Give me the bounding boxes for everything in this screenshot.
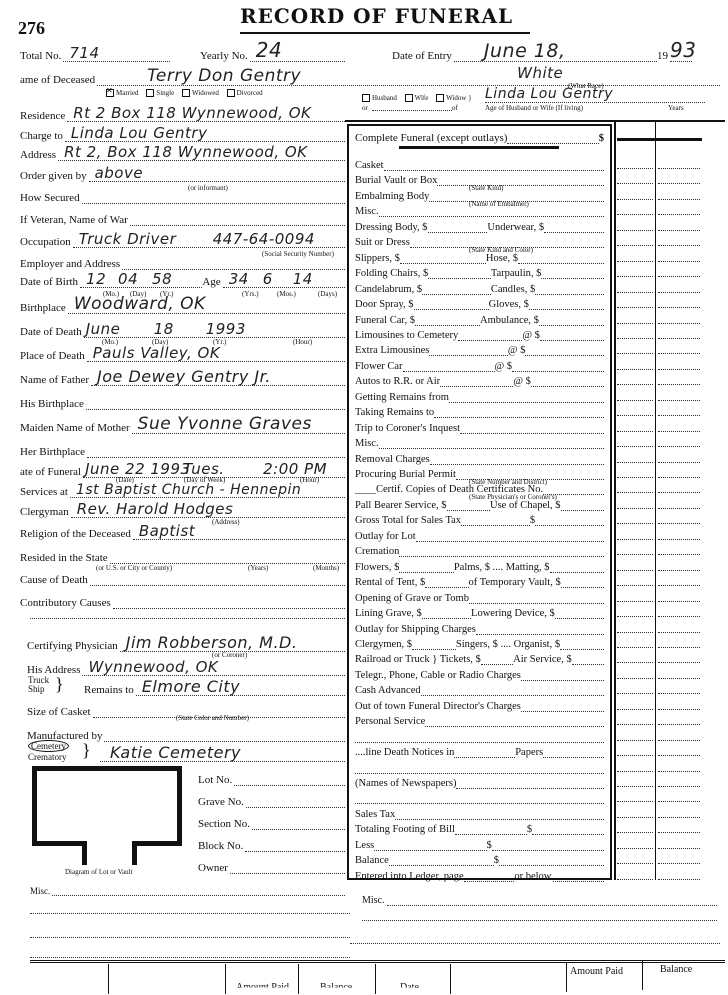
footer-divider xyxy=(642,960,643,990)
footer-divider xyxy=(225,964,226,994)
occupation-field[interactable]: Occupation Truck Driver 447-64-0094 xyxy=(20,232,345,248)
amount-cents-line[interactable] xyxy=(658,323,700,324)
charge-item-row[interactable]: Limousines to Cemetery@ $ xyxy=(355,328,604,341)
amount-dollars-line[interactable] xyxy=(617,740,653,741)
page-title: RECORD OF FUNERAL xyxy=(240,4,513,28)
amount-cents-line[interactable] xyxy=(658,616,700,617)
charge-item-label: Door Spray, $ xyxy=(355,299,414,310)
section-label: Section No. xyxy=(198,818,250,830)
charge-item-row[interactable]: Misc. xyxy=(355,436,604,449)
charge-item-row[interactable]: Entered into Ledger, pageor below. xyxy=(355,869,604,882)
diagram-edge xyxy=(132,841,182,846)
date-of-death-field[interactable]: Date of Death June 18 1993 xyxy=(20,322,345,338)
charge-item-row[interactable]: Less$ xyxy=(355,838,604,851)
charge-item-row[interactable]: Getting Remains from xyxy=(355,390,604,403)
address-value: Rt 2, Box 118 Wynnewood, OK xyxy=(64,143,307,161)
truck-ship-label: TruckShip xyxy=(28,676,49,694)
amount-dollars-line[interactable] xyxy=(617,662,653,663)
amount-dollars-line[interactable] xyxy=(617,261,653,262)
yearly-no-field[interactable]: Yearly No. 24 xyxy=(200,46,345,62)
residence-field[interactable]: Residence Rt 2 Box 118 Wynnewood, OK xyxy=(20,106,345,122)
amount-cents-line[interactable] xyxy=(658,431,700,432)
amount-dollars-line[interactable] xyxy=(617,492,653,493)
charge-item-label-2: of Temporary Vault, $ xyxy=(469,577,561,588)
amount-cents-line[interactable] xyxy=(658,879,700,880)
amount-cents-line[interactable] xyxy=(658,662,700,663)
lot-no-field[interactable]: Lot No. xyxy=(198,770,345,786)
charge-item-row[interactable]: Removal Charges xyxy=(355,452,604,465)
amount-cents-line[interactable] xyxy=(658,168,700,169)
charge-item-label: Cash Advanced xyxy=(355,685,421,696)
amount-cents-line[interactable] xyxy=(658,801,700,802)
charge-item-row[interactable]: Outlay for Lot xyxy=(355,529,604,542)
amount-dollars-line[interactable] xyxy=(617,508,653,509)
religion-field[interactable]: Religion of the Deceased Baptist xyxy=(20,524,345,540)
cause-of-death-field[interactable]: Cause of Death xyxy=(20,570,345,586)
cemetery-circled: Cemetery xyxy=(28,740,69,752)
charge-item-label: Extra Limousines xyxy=(355,345,429,356)
charge-item-label: Misc. xyxy=(355,438,379,449)
owner-label: Owner xyxy=(198,862,228,874)
veteran-label: If Veteran, Name of War xyxy=(20,214,128,226)
amount-cents-line[interactable] xyxy=(658,632,700,633)
mother-label: Maiden Name of Mother xyxy=(20,422,130,434)
amount-dollars-line[interactable] xyxy=(617,462,653,463)
charge-item-label: Cremation xyxy=(355,546,399,557)
religion-label: Religion of the Deceased xyxy=(20,528,131,540)
amount-cents-line[interactable] xyxy=(658,771,700,772)
date-of-entry-field[interactable]: Date of Entry June 18, 19 93 xyxy=(392,46,692,62)
charge-item-label: Clergymen, $ xyxy=(355,639,412,650)
charge-item-row[interactable]: Pall Bearer Service, $Use of Chapel, $ xyxy=(355,498,604,511)
amount-dollars-line[interactable] xyxy=(617,801,653,802)
mother-field[interactable]: Maiden Name of Mother Sue Yvonne Graves xyxy=(20,418,345,434)
charge-item-row[interactable]: Balance$ xyxy=(355,853,604,866)
amount-dollars-line[interactable] xyxy=(617,616,653,617)
amount-cents-line[interactable] xyxy=(658,832,700,833)
amount-dollars-line[interactable] xyxy=(617,245,653,246)
deceased-name-field[interactable]: ame of Deceased Terry Don Gentry White xyxy=(20,70,720,86)
cemetery-field[interactable]: Katie Cemetery xyxy=(100,746,345,762)
amount-dollars-line[interactable] xyxy=(617,632,653,633)
charge-item-row[interactable] xyxy=(355,761,604,774)
charge-item-row[interactable]: Flower Car@ $ xyxy=(355,359,604,372)
dod-month: June xyxy=(86,320,121,338)
widowed-checkbox[interactable] xyxy=(182,89,190,97)
charge-to-value: Linda Lou Gentry xyxy=(71,124,208,142)
amount-cents-line[interactable] xyxy=(658,276,700,277)
charge-item-row[interactable]: Totaling Footing of Bill$ xyxy=(355,822,604,835)
amount-dollars-line[interactable] xyxy=(617,693,653,694)
charge-item-row[interactable]: Funeral Car, $Ambulance, $ xyxy=(355,313,604,326)
charge-item-row[interactable]: ....line Death Notices inPapers xyxy=(355,745,604,758)
amount-dollars-line[interactable] xyxy=(617,369,653,370)
clergyman-field[interactable]: Clergyman Rev. Harold Hodges xyxy=(20,502,345,518)
diagram-caption: Diagram of Lot or Vault xyxy=(65,868,133,876)
amount-dollars-line[interactable] xyxy=(617,709,653,710)
amount-dollars-line[interactable] xyxy=(617,230,653,231)
occupation-value: Truck Driver xyxy=(79,230,177,248)
amount-cents-line[interactable] xyxy=(658,384,700,385)
services-at-field[interactable]: Services at 1st Baptist Church - Hennepi… xyxy=(20,482,345,498)
charge-item-label: Suit or Dress xyxy=(355,237,410,248)
owner-field[interactable]: Owner xyxy=(198,858,345,874)
charge-item-label-2: Lowering Device, $ xyxy=(471,608,555,619)
charge-item-label: Rental of Tent, $ xyxy=(355,577,425,588)
amount-cents-line[interactable] xyxy=(658,678,700,679)
wife-label: Wife xyxy=(415,94,429,102)
amount-dollars-line[interactable] xyxy=(617,214,653,215)
resided-label: Resided in the State xyxy=(20,552,108,564)
amount-cents-line[interactable] xyxy=(658,245,700,246)
charge-item-row[interactable]: Extra Limousines@ $ xyxy=(355,343,604,356)
amount-cents-line[interactable] xyxy=(658,462,700,463)
amount-dollars-line[interactable] xyxy=(617,446,653,447)
amount-cents-line[interactable] xyxy=(658,554,700,555)
amount-dollars-line[interactable] xyxy=(617,307,653,308)
amount-cents-line[interactable] xyxy=(658,199,700,200)
charge-item-label: Burial Vault or Box xyxy=(355,175,437,186)
amount-cents-line[interactable] xyxy=(658,214,700,215)
section-no-field[interactable]: Section No. xyxy=(198,814,345,830)
amount-cents-line[interactable] xyxy=(658,477,700,478)
father-value: Joe Dewey Gentry Jr. xyxy=(97,367,271,386)
amount-cents-line[interactable] xyxy=(658,570,700,571)
how-secured-label: How Secured xyxy=(20,192,80,204)
charge-item-label-2: Underwear, $ xyxy=(487,222,544,233)
date-of-birth-field[interactable]: Date of Birth 12 04 58 Age 34 6 14 xyxy=(20,272,345,288)
amount-dollars-line[interactable] xyxy=(617,477,653,478)
diagram-edge xyxy=(82,841,87,865)
complete-funeral-row[interactable]: Complete Funeral (except outlays)$ xyxy=(355,131,604,144)
amount-cents-line[interactable] xyxy=(658,400,700,401)
amount-cents-line[interactable] xyxy=(658,740,700,741)
charge-item-row[interactable] xyxy=(355,791,604,804)
wife-checkbox[interactable] xyxy=(405,94,413,102)
widowed-label: Widowed xyxy=(192,89,219,97)
amount-dollars-line[interactable] xyxy=(617,601,653,602)
amount-cents-line[interactable] xyxy=(658,292,700,293)
charge-item-row[interactable]: Folding Chairs, $Tarpaulin, $ xyxy=(355,266,604,279)
amount-cents-line[interactable] xyxy=(658,755,700,756)
amount-cents-line[interactable] xyxy=(658,307,700,308)
amount-dollars-line[interactable] xyxy=(617,554,653,555)
dob-month: 12 xyxy=(86,270,106,288)
charge-item-row[interactable]: Slippers, $Hose, $ xyxy=(355,251,604,264)
amount-dollars-line[interactable] xyxy=(617,338,653,339)
charge-item-label-2: Hose, $ xyxy=(486,253,518,264)
footer-rule xyxy=(30,960,725,963)
charge-item-label: Casket xyxy=(355,160,384,171)
charge-item-row[interactable]: Gross Total for Sales Tax$ xyxy=(355,513,604,526)
yearly-no-label: Yearly No. xyxy=(200,50,248,62)
yearly-no-value: 24 xyxy=(256,38,282,62)
amount-dollars-line[interactable] xyxy=(617,848,653,849)
amount-cents-line[interactable] xyxy=(658,230,700,231)
charge-item-row[interactable]: Rental of Tent, $of Temporary Vault, $ xyxy=(355,575,604,588)
charge-item-label: Outlay for Shipping Charges xyxy=(355,624,476,635)
total-no-field[interactable]: Total No. 714 xyxy=(20,46,170,62)
casket-caption: (State Color and Number) xyxy=(176,714,249,722)
charge-item-row[interactable]: Cash Advanced xyxy=(355,683,604,696)
misc-right-field[interactable]: Misc. xyxy=(362,890,717,906)
amount-dollars-line[interactable] xyxy=(617,678,653,679)
religion-value: Baptist xyxy=(139,522,195,540)
amount-cents-line[interactable] xyxy=(658,817,700,818)
charge-item-label-2: Singers, $ .... Organist, $ xyxy=(456,639,560,650)
amount-cents-line[interactable] xyxy=(658,601,700,602)
amount-dollars-line[interactable] xyxy=(617,832,653,833)
charge-item-label: Flowers, $ xyxy=(355,562,399,573)
charge-item-label-2: Palms, $ .... Matting, $ xyxy=(454,562,550,573)
his-address-field[interactable]: His Address Wynnewood, OK xyxy=(27,660,345,676)
married-checkbox[interactable] xyxy=(106,89,114,97)
charge-item-label: Taking Remains to xyxy=(355,407,434,418)
charge-item-label-2: @ $ xyxy=(513,376,531,387)
charge-item-label: Limousines to Cemetery xyxy=(355,330,458,341)
charges-section: Complete Funeral (except outlays)$ Caske… xyxy=(347,124,612,880)
charge-item-label: Sales Tax xyxy=(355,809,395,820)
charge-item-row[interactable] xyxy=(355,730,604,743)
charge-item-row[interactable]: Sales Tax xyxy=(355,807,604,820)
amount-dollars-line[interactable] xyxy=(617,585,653,586)
his-birthplace-label: His Birthplace xyxy=(20,398,84,410)
amount-dollars-line[interactable] xyxy=(617,523,653,524)
charge-item-label: Misc. xyxy=(355,206,379,217)
charge-item-row[interactable]: Opening of Grave or Tomb xyxy=(355,591,604,604)
charge-to-field[interactable]: Charge to Linda Lou Gentry xyxy=(20,126,345,142)
total-no-label: Total No. xyxy=(20,50,61,62)
amount-cents-line[interactable] xyxy=(658,786,700,787)
amount-cents-line[interactable] xyxy=(658,415,700,416)
amount-cents-line[interactable] xyxy=(658,724,700,725)
charge-item-row[interactable]: Door Spray, $Gloves, $ xyxy=(355,297,604,310)
charge-item-row[interactable]: Clergymen, $Singers, $ .... Organist, $ xyxy=(355,637,604,650)
husband-checkbox[interactable] xyxy=(362,94,370,102)
amount-dollars-line[interactable] xyxy=(617,879,653,880)
years-label: Years xyxy=(668,104,684,112)
casket-size-label: Size of Casket xyxy=(27,706,91,718)
charge-item-row[interactable]: Cremation xyxy=(355,544,604,557)
block-no-field[interactable]: Block No. xyxy=(198,836,345,852)
charge-item-row[interactable]: (Names of Newspapers) xyxy=(355,776,604,789)
amount-dollars-line[interactable] xyxy=(617,647,653,648)
diagram-edge xyxy=(32,841,87,846)
father-field[interactable]: Name of Father Joe Dewey Gentry Jr. xyxy=(20,370,345,386)
clergyman-value: Rev. Harold Hodges xyxy=(77,500,234,518)
charge-item-row[interactable]: Railroad or Truck } Tickets, $Air Servic… xyxy=(355,652,604,665)
birthplace-field[interactable]: Birthplace Woodward, OK xyxy=(20,298,345,314)
or-label: or xyxy=(362,104,368,112)
amount-dollars-line[interactable] xyxy=(617,431,653,432)
charge-item-row[interactable]: Casket xyxy=(355,158,604,171)
amount-dollars-line[interactable] xyxy=(617,539,653,540)
charge-item-label: Candelabrum, $ xyxy=(355,284,422,295)
deceased-name-label: ame of Deceased xyxy=(20,74,95,86)
funeral-date-value: June 22 1993 xyxy=(85,460,190,478)
remains-to-field[interactable]: Remains to Elmore City xyxy=(84,680,345,696)
amount-cents-line[interactable] xyxy=(658,183,700,184)
charge-item-row[interactable]: Dressing Body, $Underwear, $ xyxy=(355,220,604,233)
charge-item-label: Removal Charges xyxy=(355,454,430,465)
contributory-causes-field[interactable]: Contributory Causes xyxy=(20,593,345,609)
total-no-value: 714 xyxy=(69,44,99,62)
his-birthplace-field[interactable]: His Birthplace xyxy=(20,394,345,410)
charge-item-row[interactable]: Lining Grave, $Lowering Device, $ xyxy=(355,606,604,619)
dod-year: 1993 xyxy=(206,320,246,338)
place-of-death-value: Pauls Valley, OK xyxy=(93,344,220,362)
footer-divider xyxy=(450,964,451,994)
amount-cents-line[interactable] xyxy=(658,261,700,262)
diagram-edge xyxy=(132,841,137,865)
amount-cents-line[interactable] xyxy=(658,353,700,354)
amount-cents-line[interactable] xyxy=(658,585,700,586)
footer-col-amount-paid-1: Amount Paid xyxy=(236,982,289,993)
amount-dollars-line[interactable] xyxy=(617,415,653,416)
spouse-type-group: Husband Wife Widow } xyxy=(356,94,472,102)
divorced-label: Divorced xyxy=(237,89,263,97)
amount-dollars-line[interactable] xyxy=(617,168,653,169)
charge-item-label: Entered into Ledger, page xyxy=(355,871,464,882)
charge-item-row[interactable]: Flowers, $Palms, $ .... Matting, $ xyxy=(355,560,604,573)
place-of-death-field[interactable]: Place of Death Pauls Valley, OK xyxy=(20,346,345,362)
amount-cents-line[interactable] xyxy=(658,369,700,370)
address-field[interactable]: Address Rt 2, Box 118 Wynnewood, OK xyxy=(20,145,345,161)
amount-cents-line[interactable] xyxy=(658,863,700,864)
amount-dollars-line[interactable] xyxy=(617,384,653,385)
amount-cents-line[interactable] xyxy=(658,508,700,509)
footer-col-date: Date xyxy=(400,982,419,993)
age-caption-days: (Days) xyxy=(318,290,337,298)
amount-dollars-line[interactable] xyxy=(617,724,653,725)
charge-item-row[interactable]: Out of town Funeral Director's Charges xyxy=(355,699,604,712)
dob-label: Date of Birth xyxy=(20,276,78,288)
amount-dollars-line[interactable] xyxy=(617,199,653,200)
amount-cents-line[interactable] xyxy=(658,693,700,694)
charge-item-label-2: or below. xyxy=(514,871,553,882)
husband-label: Husband xyxy=(372,94,397,102)
grave-no-field[interactable]: Grave No. xyxy=(198,792,345,808)
footer-divider xyxy=(566,962,567,992)
order-given-label: Order given by xyxy=(20,170,87,182)
amount-cents-line[interactable] xyxy=(658,709,700,710)
manufactured-field[interactable]: Manufactured by xyxy=(27,726,345,742)
charge-item-label: Slippers, $ xyxy=(355,253,400,264)
charge-item-label: Totaling Footing of Bill xyxy=(355,824,455,835)
amount-cents-line[interactable] xyxy=(658,848,700,849)
brace-icon: } xyxy=(55,674,64,695)
charge-item-label: Gross Total for Sales Tax xyxy=(355,515,461,526)
amount-dollars-line[interactable] xyxy=(617,276,653,277)
misc-left-label: Misc. xyxy=(30,886,50,896)
residence-value: Rt 2 Box 118 Wynnewood, OK xyxy=(73,104,311,122)
year-prefix: 19 xyxy=(657,50,668,62)
resided-field[interactable]: Resided in the State xyxy=(20,548,345,564)
of-label: of xyxy=(452,104,458,112)
misc-right-label: Misc. xyxy=(362,895,385,906)
single-checkbox[interactable] xyxy=(146,89,154,97)
charge-item-label-2: Candles, $ xyxy=(491,284,535,295)
year-value: 93 xyxy=(670,38,696,62)
widow-checkbox[interactable] xyxy=(436,94,444,102)
amount-dollars-line[interactable] xyxy=(617,292,653,293)
age-months: 6 xyxy=(263,270,273,288)
charge-item-row[interactable]: Telegr., Phone, Cable or Radio Charges xyxy=(355,668,604,681)
birthplace-label: Birthplace xyxy=(20,302,66,314)
charge-item-label-2: Air Service, $ xyxy=(513,654,572,665)
amount-dollars-line[interactable] xyxy=(617,323,653,324)
dob-year: 58 xyxy=(152,270,172,288)
age-caption-mos: (Mos.) xyxy=(277,290,296,298)
crematory-label: Crematory xyxy=(28,752,69,762)
amount-cents-line[interactable] xyxy=(658,647,700,648)
charge-item-row[interactable]: Trip to Coroner's Inquest xyxy=(355,421,604,434)
footer-col-balance-1: Balance xyxy=(320,982,352,993)
divorced-checkbox[interactable] xyxy=(227,89,235,97)
charge-item-label-2: @ $ xyxy=(508,345,526,356)
amount-dollars-line[interactable] xyxy=(617,863,653,864)
clergyman-label: Clergyman xyxy=(20,506,69,518)
widow-label: Widow xyxy=(446,94,466,102)
charge-item-row[interactable]: Candelabrum, $Candles, $ xyxy=(355,282,604,295)
charge-item-row[interactable]: Taking Remains to xyxy=(355,405,604,418)
amount-cents-line[interactable] xyxy=(658,338,700,339)
veteran-field[interactable]: If Veteran, Name of War xyxy=(20,210,345,226)
charge-item-label: Outlay for Lot xyxy=(355,531,416,542)
charge-item-row[interactable]: Misc. xyxy=(355,204,604,217)
amount-dollars-line[interactable] xyxy=(617,755,653,756)
charge-item-label: Personal Service xyxy=(355,716,425,727)
amount-dollars-line[interactable] xyxy=(617,400,653,401)
dod-caption-hour: (Hour) xyxy=(293,338,312,346)
age-label: Age xyxy=(202,276,220,288)
amount-dollars-line[interactable] xyxy=(617,570,653,571)
amount-cents-line[interactable] xyxy=(658,539,700,540)
dollar-sign: $ xyxy=(599,133,604,144)
order-given-value: above xyxy=(95,164,144,182)
amount-dollars-line[interactable] xyxy=(617,183,653,184)
funeral-date-field[interactable]: ate of Funeral June 22 1993 Tues. 2:00 P… xyxy=(20,462,345,478)
services-at-value: 1st Baptist Church - Hennepin xyxy=(76,482,301,498)
misc-left-field[interactable]: Misc. xyxy=(30,880,345,896)
her-birthplace-field[interactable]: Her Birthplace xyxy=(20,442,345,458)
footer-col-balance-2: Balance xyxy=(660,964,692,975)
physician-field[interactable]: Certifying Physician Jim Robberson, M.D. xyxy=(27,636,345,652)
amount-dollars-line[interactable] xyxy=(617,817,653,818)
race-value: White xyxy=(517,64,563,82)
order-given-field[interactable]: Order given by above xyxy=(20,166,345,182)
charge-item-row[interactable]: Outlay for Shipping Charges xyxy=(355,622,604,635)
charge-item-row[interactable]: Autos to R.R. or Air@ $ xyxy=(355,374,604,387)
amount-cents-line[interactable] xyxy=(658,446,700,447)
age-caption-yrs: (Yrs.) xyxy=(242,290,259,298)
mother-value: Sue Yvonne Graves xyxy=(138,414,312,434)
header-divider xyxy=(345,120,725,122)
amount-dollars-line[interactable] xyxy=(617,353,653,354)
place-of-death-label: Place of Death xyxy=(20,350,85,362)
physician-value: Jim Robberson, M.D. xyxy=(126,633,298,652)
amount-cents-line[interactable] xyxy=(658,492,700,493)
charge-item-label-2: Papers xyxy=(515,747,543,758)
charge-item-row[interactable]: Personal Service xyxy=(355,714,604,727)
amount-dollars-line[interactable] xyxy=(617,786,653,787)
amount-dollars-line[interactable] xyxy=(617,771,653,772)
amount-cents-line[interactable] xyxy=(658,523,700,524)
occupation-label: Occupation xyxy=(20,236,71,248)
employer-field[interactable]: Employer and Address xyxy=(20,254,345,270)
cents-column-divider xyxy=(655,120,656,880)
how-secured-field[interactable]: How Secured xyxy=(20,188,345,204)
